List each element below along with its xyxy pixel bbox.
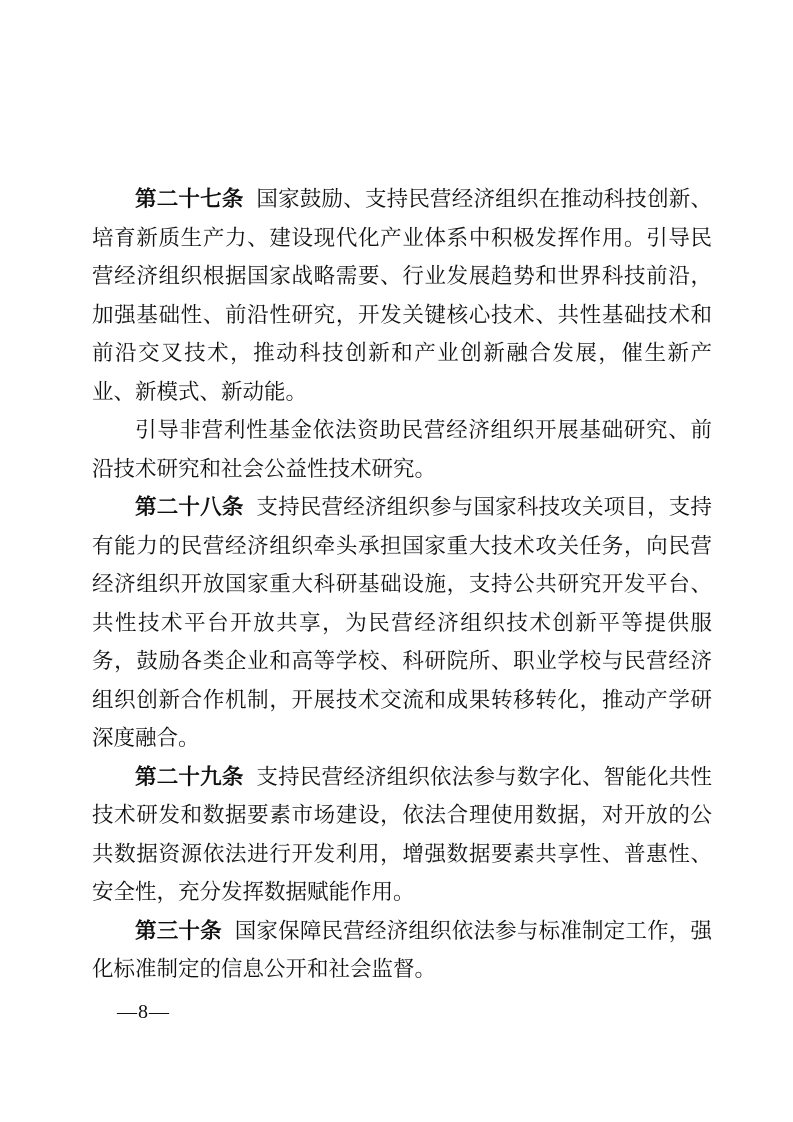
paragraph: 第二十七条国家鼓励、支持民营经济组织在推动科技创新、培育新质生产力、建设现代化产…: [92, 180, 712, 411]
article-number: 第三十条: [135, 919, 222, 943]
article-number: 第二十七条: [135, 187, 244, 211]
paragraph: 第二十九条支持民营经济组织依法参与数字化、智能化共性技术研发和数据要素市场建设，…: [92, 758, 712, 912]
paragraph: 第二十八条支持民营经济组织参与国家科技攻关项目，支持有能力的民营经济组织牵头承担…: [92, 488, 712, 758]
page-number: —8—: [117, 1001, 170, 1023]
document-body: 第二十七条国家鼓励、支持民营经济组织在推动科技创新、培育新质生产力、建设现代化产…: [92, 180, 712, 989]
paragraph-text: 支持民营经济组织参与国家科技攻关项目，支持有能力的民营经济组织牵头承担国家重大技…: [92, 495, 712, 750]
paragraph: 第三十条国家保障民营经济组织依法参与标准制定工作，强化标准制定的信息公开和社会监…: [92, 912, 712, 989]
article-number: 第二十八条: [135, 495, 244, 519]
document-page: 第二十七条国家鼓励、支持民营经济组织在推动科技创新、培育新质生产力、建设现代化产…: [0, 0, 793, 1122]
page-footer: —8—: [117, 998, 170, 1026]
paragraph-text: 引导非营利性基金依法资助民营经济组织开展基础研究、前沿技术研究和社会公益性技术研…: [92, 418, 712, 481]
paragraph: 引导非营利性基金依法资助民营经济组织开展基础研究、前沿技术研究和社会公益性技术研…: [92, 411, 712, 488]
paragraph-text: 国家鼓励、支持民营经济组织在推动科技创新、培育新质生产力、建设现代化产业体系中积…: [92, 187, 712, 404]
article-number: 第二十九条: [135, 765, 244, 789]
